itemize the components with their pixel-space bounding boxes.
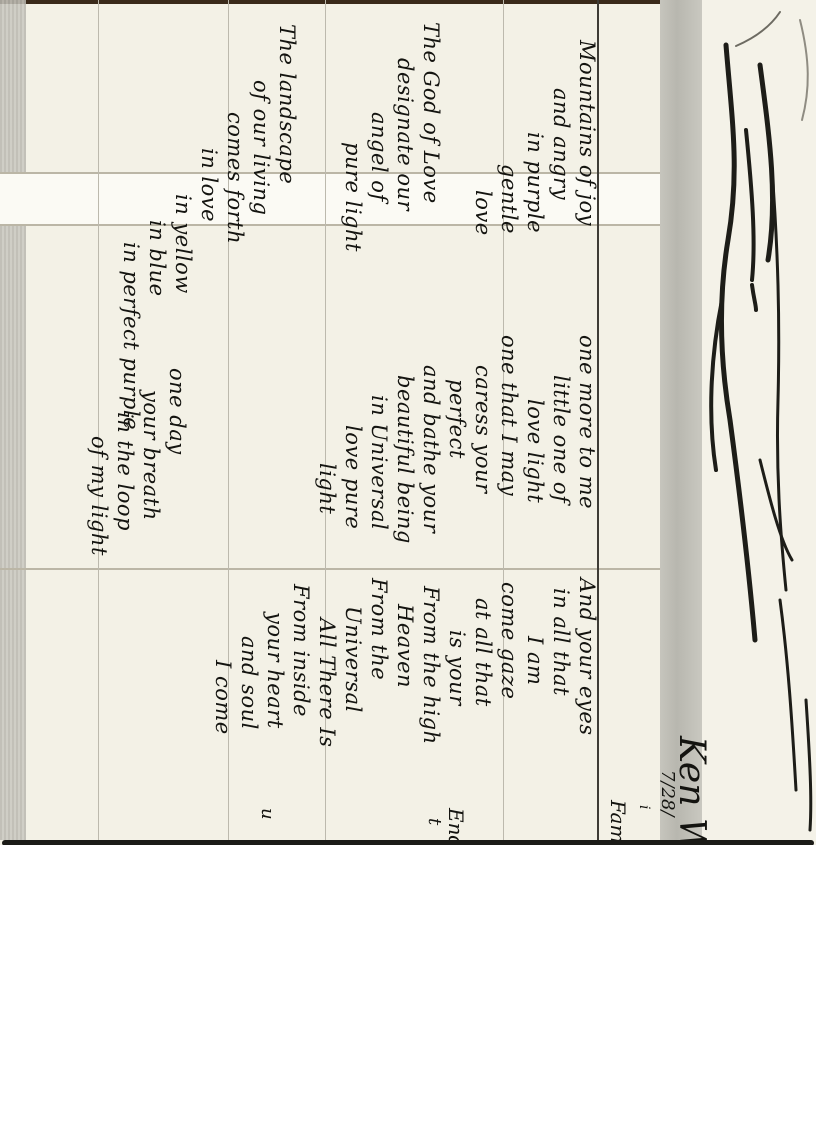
poem-line: in the loop: [112, 368, 138, 556]
poem-line: in all that: [548, 578, 574, 747]
poem-line: love pure: [340, 335, 366, 544]
stanza-mountains: Mountains of joy and angry in purple gen…: [470, 40, 600, 236]
poem-line: and angry: [548, 40, 574, 236]
stanza-god-of-love: The God of Love designate our angel of p…: [340, 22, 444, 252]
margin-mark: t: [424, 818, 445, 825]
poem-line: All There Is: [314, 578, 340, 747]
poem-line: And your eyes: [574, 578, 600, 747]
poem-line: The God of Love: [418, 22, 444, 252]
poem-line: From the: [366, 578, 392, 747]
poem-line: is your: [444, 578, 470, 747]
poem-line: designate our: [392, 22, 418, 252]
poem-line: one day: [164, 368, 190, 556]
poem-line: your heart: [262, 578, 288, 747]
poem-line: come gaze: [496, 578, 522, 747]
poem-line: Mountains of joy: [574, 40, 600, 236]
poem-line: in love: [196, 24, 222, 430]
poem-line: I am: [522, 578, 548, 747]
stanza-one-day: one day your breath in the loop of my li…: [86, 368, 190, 556]
poem-line: Heaven: [392, 578, 418, 747]
poem-line: of my light: [86, 368, 112, 556]
poem-line: gentle: [496, 40, 522, 236]
poem-line: comes forth: [222, 24, 248, 430]
signature-mark: i: [636, 805, 652, 809]
stanza-and-your-eyes: And your eyes in all that I am come gaze…: [210, 578, 600, 747]
poem-line: one that I may: [496, 335, 522, 544]
poem-line: and bathe your: [418, 335, 444, 544]
poem-line: From the high: [418, 578, 444, 747]
poem-line: and soul: [236, 578, 262, 747]
letter-page: Ken Wolfe 7/28/ i Fami End t u Mountains…: [0, 0, 816, 845]
page-bottom-edge: [2, 840, 814, 845]
margin-mark: u: [257, 808, 278, 820]
poem-line: Universal: [340, 578, 366, 747]
poem-line: beautiful being: [392, 335, 418, 544]
poem-line: your breath: [138, 368, 164, 556]
poem-line: The landscape: [274, 24, 300, 430]
poem-line: perfect: [444, 335, 470, 544]
poem-line: pure light: [340, 22, 366, 252]
poem-line: I come: [210, 578, 236, 747]
poem-line: love light: [522, 335, 548, 544]
poem-line: at all that: [470, 578, 496, 747]
signature-date: 7/28/: [657, 770, 678, 817]
poem-line: of our living: [248, 24, 274, 430]
poem-line: in purple: [522, 40, 548, 236]
scan-shadow-left: [0, 0, 26, 840]
signature-mark: Fami: [606, 800, 630, 845]
poem-line: little one of: [548, 335, 574, 544]
poem-line: in Universal: [366, 335, 392, 544]
poem-line: light: [314, 335, 340, 544]
stanza-one-more: one more to me little one of love light …: [314, 335, 600, 544]
poem-line: angel of: [366, 22, 392, 252]
poem-line: From inside: [288, 578, 314, 747]
poem-line: one more to me: [574, 335, 600, 544]
poem-line: caress your: [470, 335, 496, 544]
brush-wave-drawing-icon: [660, 0, 816, 840]
poem-line: love: [470, 40, 496, 236]
